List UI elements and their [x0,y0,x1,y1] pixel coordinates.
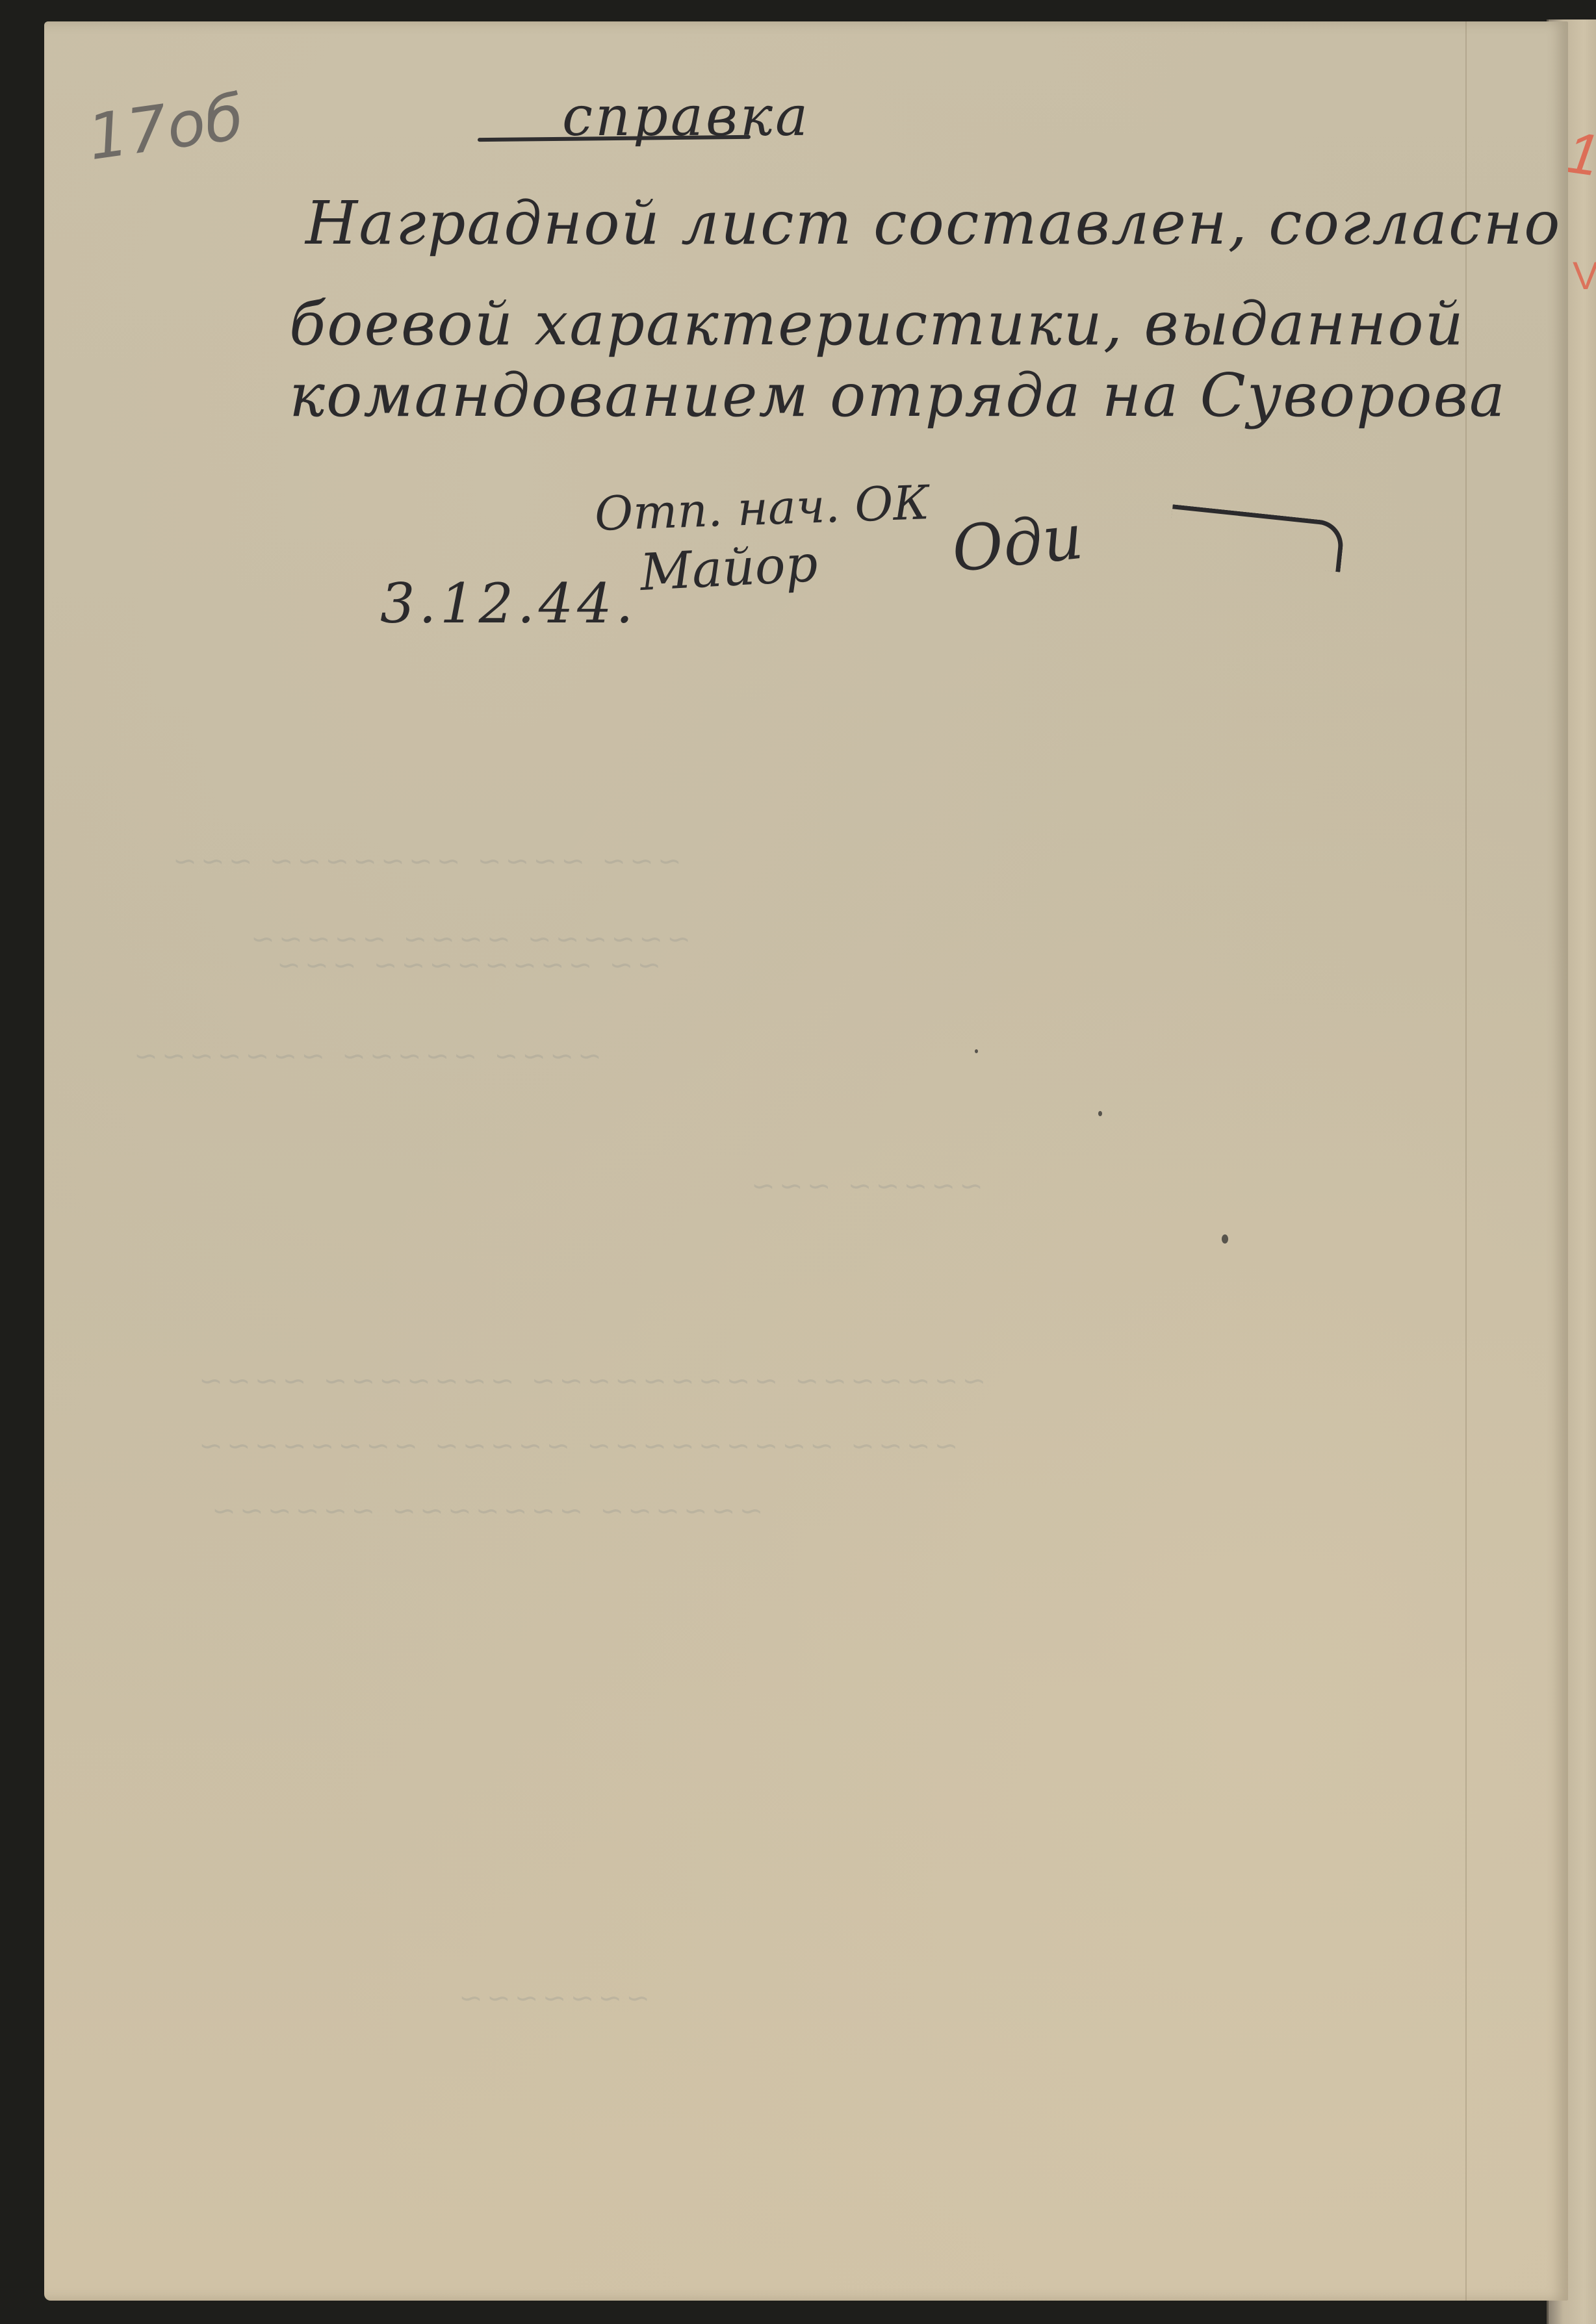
bleed-through-text: ~~~~ ~~~~~ ~~~~~~~ [130,1040,602,1073]
paper-speck [975,1049,978,1053]
bleed-through-text: ~~~~~~~ ~~~~~~~~~ ~~~~~~~ ~~~~ [195,1364,986,1398]
bleed-through-text: ~~~~ ~~~~~~~~~ ~~~~~ ~~~~~~~~ [195,1429,959,1462]
bleed-through-text: ~~~~~~ ~~~~~~~ ~~~~~~ [208,1494,763,1527]
paper-speck [1098,1111,1102,1116]
handwritten-signature: Оди [949,500,1087,586]
signatory-rank: Майор [639,535,819,602]
bleed-through-text: ~~ ~~~~~~~~ ~~~ [273,949,661,982]
body-line-1: Наградной лист составлен, согласно [305,188,1561,258]
document-date: 3.12.44. [380,572,637,635]
body-line-2: боевой характеристики, выданной [289,289,1465,359]
bleed-through-text: ~~~ ~~~~ ~~~~~~~ ~~~ [169,845,682,878]
body-line-3: командованием отряда на Суворова [289,361,1506,430]
red-pencil-tick-mark: V [1573,253,1596,298]
signatory-role: Отп. нач. ОК [594,475,931,541]
bleed-through-text: ~~~~~ ~~~ [747,1169,983,1203]
paper-speck [1222,1234,1228,1244]
bleed-through-text: ~~~~~~~ [455,1982,650,2015]
